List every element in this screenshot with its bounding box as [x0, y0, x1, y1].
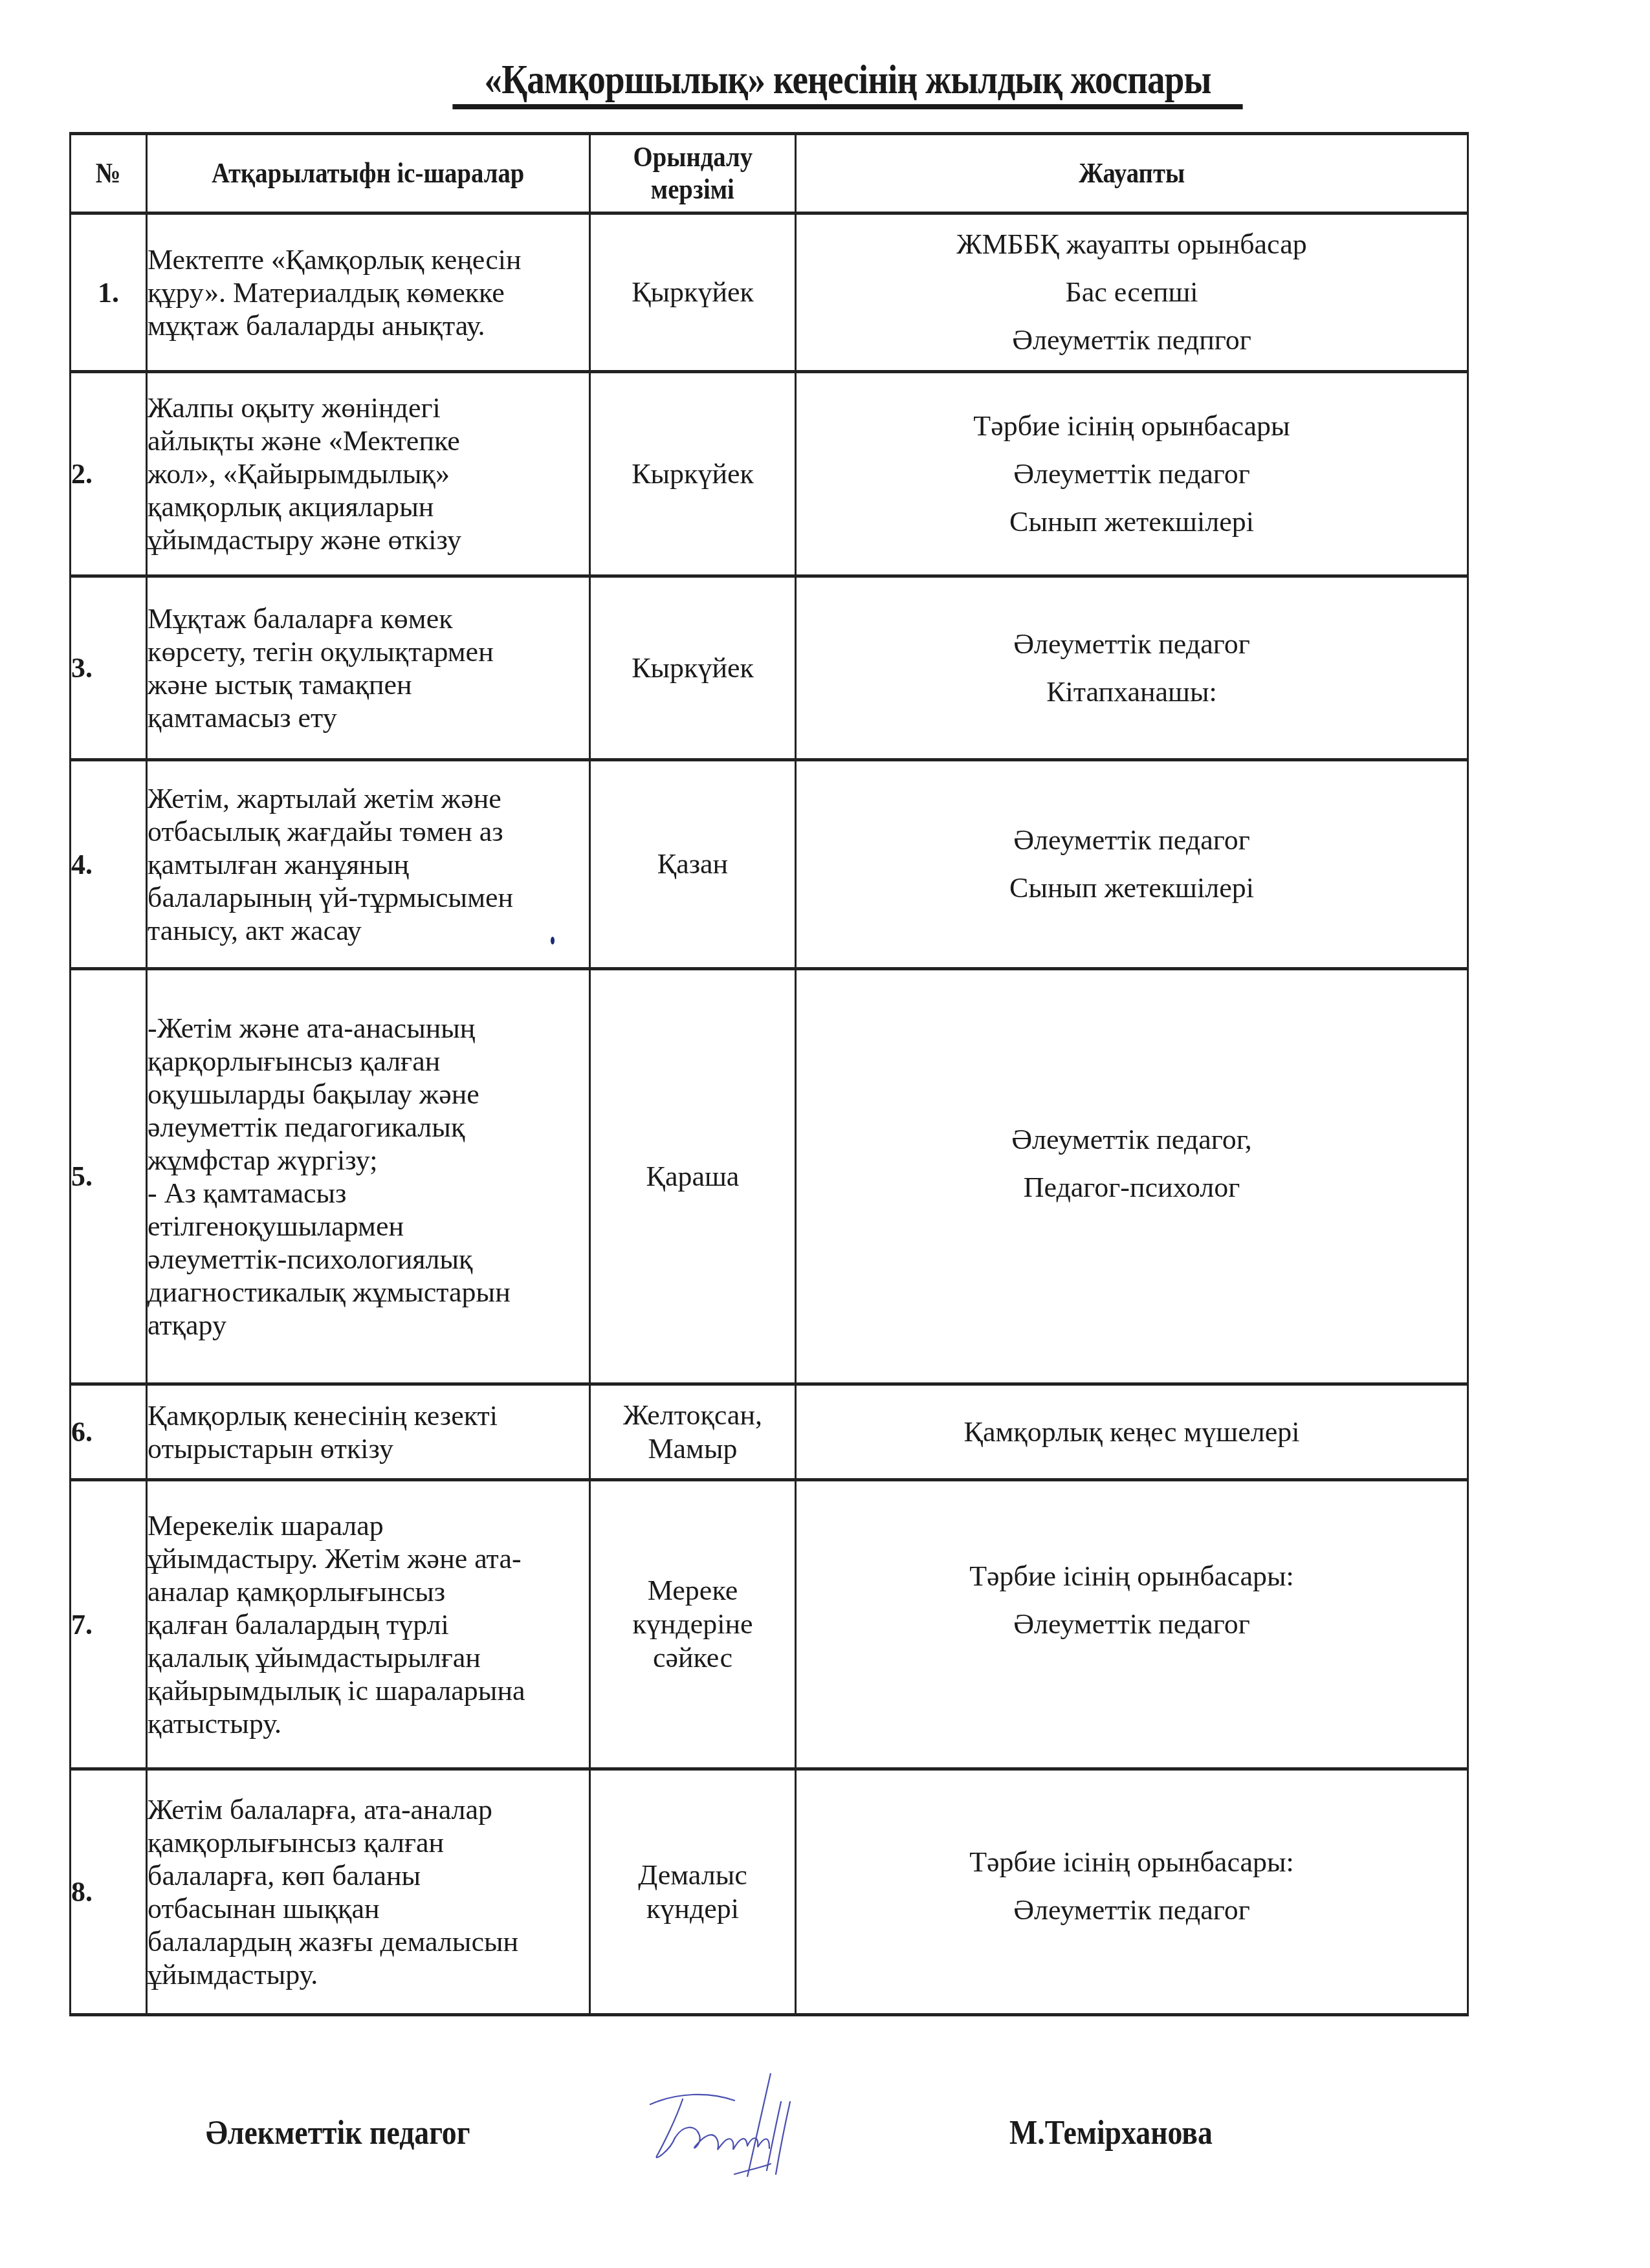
- responsible-line: Әлеуметтік педагог: [797, 1886, 1467, 1934]
- table-row: 1. Мектепте «Қамқорлық кеңесінқұру». Мат…: [71, 213, 1468, 372]
- responsible-line: Кітапханашы:: [797, 668, 1467, 716]
- row-deadline: Кыркүйек: [590, 372, 796, 576]
- row-number: 7.: [71, 1480, 147, 1769]
- responsible-line: ЖМББҚ жауапты орынбасар: [797, 221, 1467, 268]
- signatory-role: Әлекметтік педагог: [206, 2114, 470, 2152]
- activity-line: әлеуметтік педагогикалық: [148, 1111, 589, 1144]
- responsible-line: Әлеуметтік педагог: [797, 450, 1467, 498]
- activity-line: қалалық ұйымдастырылған: [148, 1641, 589, 1674]
- row-responsible: ЖМББҚ жауапты орынбасарБас есепшіӘлеумет…: [796, 213, 1468, 372]
- activity-line: балалардың жазғы демалысын: [148, 1925, 589, 1958]
- table-row: 8. Жетім балаларға, ата-аналарқамқорлығы…: [71, 1769, 1468, 2015]
- page-title: «Қамқоршылық» кеңесінің жылдық жоспары: [452, 55, 1242, 109]
- responsible-line: Тәрбие ісінің орынбасары: [797, 402, 1467, 450]
- activity-line: Мектепте «Қамқорлық кеңесін: [148, 243, 589, 276]
- row-responsible: Тәрбие ісінің орынбасары:Әлеуметтік педа…: [796, 1769, 1468, 2015]
- ink-speck: [551, 937, 555, 944]
- row-activity: Жалпы оқыту жөніндегіайлықты және «Мекте…: [147, 372, 590, 576]
- deadline-line: Қыркүйек: [632, 276, 754, 308]
- row-number: 8.: [71, 1769, 147, 2015]
- deadline-line: Демалыс күндері: [638, 1859, 747, 1925]
- responsible-line: Бас есепші: [797, 268, 1467, 316]
- row-deadline: Қараша: [590, 969, 796, 1384]
- activity-line: және ыстық тамақпен: [148, 668, 589, 701]
- activity-line: ұйымдастыру. Жетім және ата-: [148, 1542, 589, 1575]
- responsible-line: Әлеуметтік педагог: [797, 1600, 1467, 1648]
- activity-line: ұйымдастыру.: [148, 1958, 589, 1991]
- deadline-line: Кыркүйек: [632, 458, 754, 490]
- responsible-line: Әлеуметтік педагог: [797, 620, 1467, 668]
- table-row: 6. Қамқорлық кенесінің кезектіотырыстары…: [71, 1384, 1468, 1480]
- row-responsible: Тәрбие ісінің орынбасары:Әлеуметтік педа…: [796, 1480, 1468, 1769]
- activity-line: көрсету, тегін оқулықтармен: [148, 635, 589, 668]
- activity-line: диагностикалық жұмыстарын: [148, 1276, 589, 1309]
- activity-line: оқушыларды бақылау және: [148, 1078, 589, 1111]
- activity-line: Мұқтаж балаларға көмек: [148, 602, 589, 635]
- activity-line: әлеуметтік-психологиялық: [148, 1243, 589, 1276]
- activity-line: Жалпы оқыту жөніндегі: [148, 391, 589, 424]
- activity-line: құру». Материалдық көмекке: [148, 276, 589, 309]
- activity-line: балаларының үй-тұрмысымен: [148, 881, 589, 914]
- row-number: 3.: [71, 576, 147, 760]
- activity-line: қамтылған жанұяның: [148, 848, 589, 881]
- deadline-line: күндеріне сәйкес: [632, 1608, 753, 1674]
- responsible-line: Тәрбие ісінің орынбасары:: [797, 1553, 1467, 1600]
- activity-line: отырыстарын өткізу: [148, 1432, 589, 1465]
- activity-line: отбасынан шыққан: [148, 1892, 589, 1925]
- row-deadline: Қыркүйек: [590, 213, 796, 372]
- activity-line: Қамқорлық кенесінің кезекті: [148, 1399, 589, 1432]
- table-row: 7. Мерекелік шараларұйымдастыру. Жетім ж…: [71, 1480, 1468, 1769]
- row-deadline: Кыркүйек: [590, 576, 796, 760]
- activity-line: айлықты және «Мектепке: [148, 424, 589, 457]
- row-number: 4.: [71, 760, 147, 969]
- deadline-line: Қараша: [646, 1161, 740, 1192]
- row-activity: Қамқорлық кенесінің кезектіотырыстарын ө…: [147, 1384, 590, 1480]
- row-deadline: Қазан: [590, 760, 796, 969]
- table-row: 5. -Жетім және ата-анасыныңқарқорлығынсы…: [71, 969, 1468, 1384]
- row-number: 5.: [71, 969, 147, 1384]
- header-activities: Атқарылатыфн іс-шаралар: [147, 134, 590, 213]
- activity-line: етілгеноқушылармен: [148, 1210, 589, 1243]
- activity-line: - Аз қамтамасыз: [148, 1177, 589, 1210]
- signatory-name: М.Темірханова: [1009, 2114, 1213, 2152]
- table-row: 2. Жалпы оқыту жөніндегіайлықты және «Ме…: [71, 372, 1468, 576]
- activity-line: қамқорлығынсыз қалған: [148, 1826, 589, 1859]
- row-responsible: Әлеуметтік педагогКітапханашы:: [796, 576, 1468, 760]
- row-number: 2.: [71, 372, 147, 576]
- activity-line: атқару: [148, 1309, 589, 1342]
- activity-line: жол», «Қайырымдылық»: [148, 457, 589, 490]
- row-number: 6.: [71, 1384, 147, 1480]
- deadline-line: Желтоқсан,: [623, 1399, 762, 1431]
- row-responsible: Әлеуметтік педагогСынып жетекшілері: [796, 760, 1468, 969]
- activity-line: қайырымдылық іс шараларына: [148, 1674, 589, 1707]
- activity-line: жұмфстар жүргізу;: [148, 1144, 589, 1177]
- row-activity: Жетім балаларға, ата-аналарқамқорлығынсы…: [147, 1769, 590, 2015]
- activity-line: қамтамасыз ету: [148, 701, 589, 734]
- activity-line: қамқорлық акцияларын: [148, 490, 589, 523]
- activity-line: қалған балалардың түрлі: [148, 1608, 589, 1641]
- activity-line: -Жетім және ата-анасының: [148, 1012, 589, 1045]
- responsible-line: Сынып жетекшілері: [797, 864, 1467, 912]
- responsible-line: Тәрбие ісінің орынбасары:: [797, 1838, 1467, 1886]
- row-activity: Мектепте «Қамқорлық кеңесінқұру». Матери…: [147, 213, 590, 372]
- deadline-line: Мамыр: [648, 1433, 737, 1465]
- deadline-line: Қазан: [657, 848, 728, 880]
- row-activity: Мұқтаж балаларға көмеккөрсету, тегін оқу…: [147, 576, 590, 760]
- activity-line: ұйымдастыру және өткізу: [148, 523, 589, 556]
- deadline-line: Мереке: [648, 1575, 738, 1606]
- activity-line: балаларға, көп баланы: [148, 1859, 589, 1892]
- responsible-line: Әлеуметтік педагог,: [797, 1116, 1467, 1164]
- activity-line: қатыстыру.: [148, 1707, 589, 1740]
- activity-line: мұқтаж балаларды анықтау.: [148, 309, 589, 342]
- row-deadline: Желтоқсан,Мамыр: [590, 1384, 796, 1480]
- activity-line: Жетім балаларға, ата-аналар: [148, 1793, 589, 1826]
- responsible-line: Қамқорлық кеңес мүшелері: [797, 1408, 1467, 1456]
- row-activity: Жетім, жартылай жетім жәнеотбасылық жағд…: [147, 760, 590, 969]
- responsible-line: Әлеуметтік педпгог: [797, 316, 1467, 364]
- row-responsible: Әлеуметтік педагог,Педагог-психолог: [796, 969, 1468, 1384]
- row-deadline: Демалыс күндері: [590, 1769, 796, 2015]
- row-deadline: Мерекекүндеріне сәйкес: [590, 1480, 796, 1769]
- row-activity: -Жетім және ата-анасыныңқарқорлығынсыз қ…: [147, 969, 590, 1384]
- activity-line: отбасылық жағдайы төмен аз: [148, 815, 589, 848]
- table-row: 4. Жетім, жартылай жетім жәнеотбасылық ж…: [71, 760, 1468, 969]
- table-header-row: № Атқарылатыфн іс-шаралар Орындалу мерзі…: [71, 134, 1468, 213]
- responsible-line: Әлеуметтік педагог: [797, 816, 1467, 864]
- responsible-line: Педагог-психолог: [797, 1164, 1467, 1212]
- header-number: №: [71, 134, 147, 213]
- row-number: 1.: [71, 213, 147, 372]
- header-deadline: Орындалу мерзімі: [590, 134, 796, 213]
- signature-icon: [637, 2073, 857, 2177]
- activity-line: аналар қамқорлығынсыз: [148, 1575, 589, 1608]
- responsible-line: Сынып жетекшілері: [797, 498, 1467, 546]
- activity-line: қарқорлығынсыз қалған: [148, 1045, 589, 1078]
- row-responsible: Қамқорлық кеңес мүшелері: [796, 1384, 1468, 1480]
- deadline-line: Кыркүйек: [632, 652, 754, 684]
- row-responsible: Тәрбие ісінің орынбасарыӘлеуметтік педаг…: [796, 372, 1468, 576]
- header-deadline-line2: мерзімі: [651, 173, 734, 206]
- table-row: 3. Мұқтаж балаларға көмеккөрсету, тегін …: [71, 576, 1468, 760]
- activity-line: Жетім, жартылай жетім және: [148, 782, 589, 815]
- annual-plan-table: № Атқарылатыфн іс-шаралар Орындалу мерзі…: [69, 132, 1469, 2016]
- header-responsible: Жауапты: [796, 134, 1468, 213]
- activity-line: Мерекелік шаралар: [148, 1509, 589, 1542]
- row-activity: Мерекелік шараларұйымдастыру. Жетім және…: [147, 1480, 590, 1769]
- header-deadline-line1: Орындалу: [633, 141, 753, 173]
- activity-line: танысу, акт жасау: [148, 914, 589, 947]
